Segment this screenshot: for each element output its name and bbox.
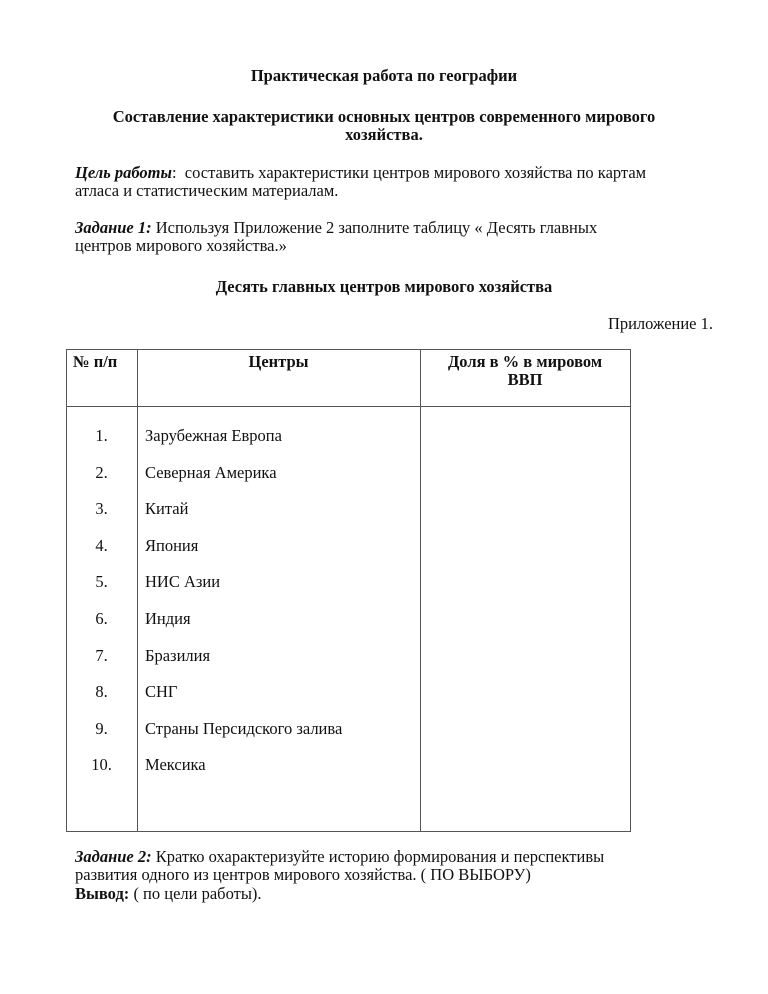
document-title: Практическая работа по географии bbox=[0, 66, 768, 86]
document-subtitle-line2: хозяйства. bbox=[0, 125, 768, 145]
header-share-line2: ВВП bbox=[420, 371, 630, 389]
task2-paragraph: Задание 2: Кратко охарактеризуйте истори… bbox=[75, 847, 604, 867]
table-border-bottom bbox=[66, 831, 631, 832]
task1-paragraph: Задание 1: Используя Приложение 2 заполн… bbox=[75, 218, 597, 238]
row-number: 9. bbox=[66, 719, 137, 739]
appendix-label: Приложение 1. bbox=[608, 314, 713, 334]
row-number: 4. bbox=[66, 536, 137, 556]
table-header-divider bbox=[66, 406, 631, 407]
row-center-name: Зарубежная Европа bbox=[145, 426, 282, 446]
row-number: 5. bbox=[66, 572, 137, 592]
row-number: 6. bbox=[66, 609, 137, 629]
table-border-top bbox=[66, 349, 631, 350]
row-number: 2. bbox=[66, 463, 137, 483]
task2-text-line1: Кратко охарактеризуйте историю формирова… bbox=[152, 847, 605, 866]
header-centers: Центры bbox=[137, 353, 420, 371]
row-center-name: Китай bbox=[145, 499, 188, 519]
row-number: 1. bbox=[66, 426, 137, 446]
task2-text-line2: развития одного из центров мирового хозя… bbox=[75, 865, 531, 885]
task2-label: Задание 2: bbox=[75, 847, 152, 866]
conclusion-paragraph: Вывод: ( по цели работы). bbox=[75, 884, 262, 904]
row-center-name: Япония bbox=[145, 536, 198, 556]
goal-text-line1: составить характеристики центров мировог… bbox=[177, 163, 647, 182]
header-share-line1: Доля в % в мировом bbox=[420, 353, 630, 371]
goal-label: Цель работы bbox=[75, 163, 172, 182]
conclusion-label: Вывод: bbox=[75, 884, 129, 903]
table-border-right bbox=[630, 349, 631, 832]
document-subtitle-line1: Составление характеристики основных цент… bbox=[0, 107, 768, 127]
row-center-name: Индия bbox=[145, 609, 191, 629]
header-share: Доля в % в мировом ВВП bbox=[420, 353, 630, 389]
row-number: 8. bbox=[66, 682, 137, 702]
task1-text-line1: Используя Приложение 2 заполните таблицу… bbox=[152, 218, 598, 237]
table-title: Десять главных центров мирового хозяйств… bbox=[0, 277, 768, 297]
table-column-divider-1 bbox=[137, 349, 138, 832]
row-center-name: Северная Америка bbox=[145, 463, 277, 483]
task1-label: Задание 1: bbox=[75, 218, 152, 237]
row-center-name: СНГ bbox=[145, 682, 177, 702]
row-number: 7. bbox=[66, 646, 137, 666]
row-center-name: Мексика bbox=[145, 755, 206, 775]
row-number: 10. bbox=[66, 755, 137, 775]
goal-paragraph: Цель работы: составить характеристики це… bbox=[75, 163, 646, 183]
header-number: № п/п bbox=[73, 353, 117, 371]
goal-text-line2: атласа и статистическим материалам. bbox=[75, 181, 338, 201]
task1-text-line2: центров мирового хозяйства.» bbox=[75, 236, 287, 256]
table-column-divider-2 bbox=[420, 349, 421, 832]
conclusion-text: ( по цели работы). bbox=[129, 884, 261, 903]
row-center-name: НИС Азии bbox=[145, 572, 220, 592]
row-center-name: Бразилия bbox=[145, 646, 210, 666]
row-center-name: Страны Персидского залива bbox=[145, 719, 342, 739]
row-number: 3. bbox=[66, 499, 137, 519]
